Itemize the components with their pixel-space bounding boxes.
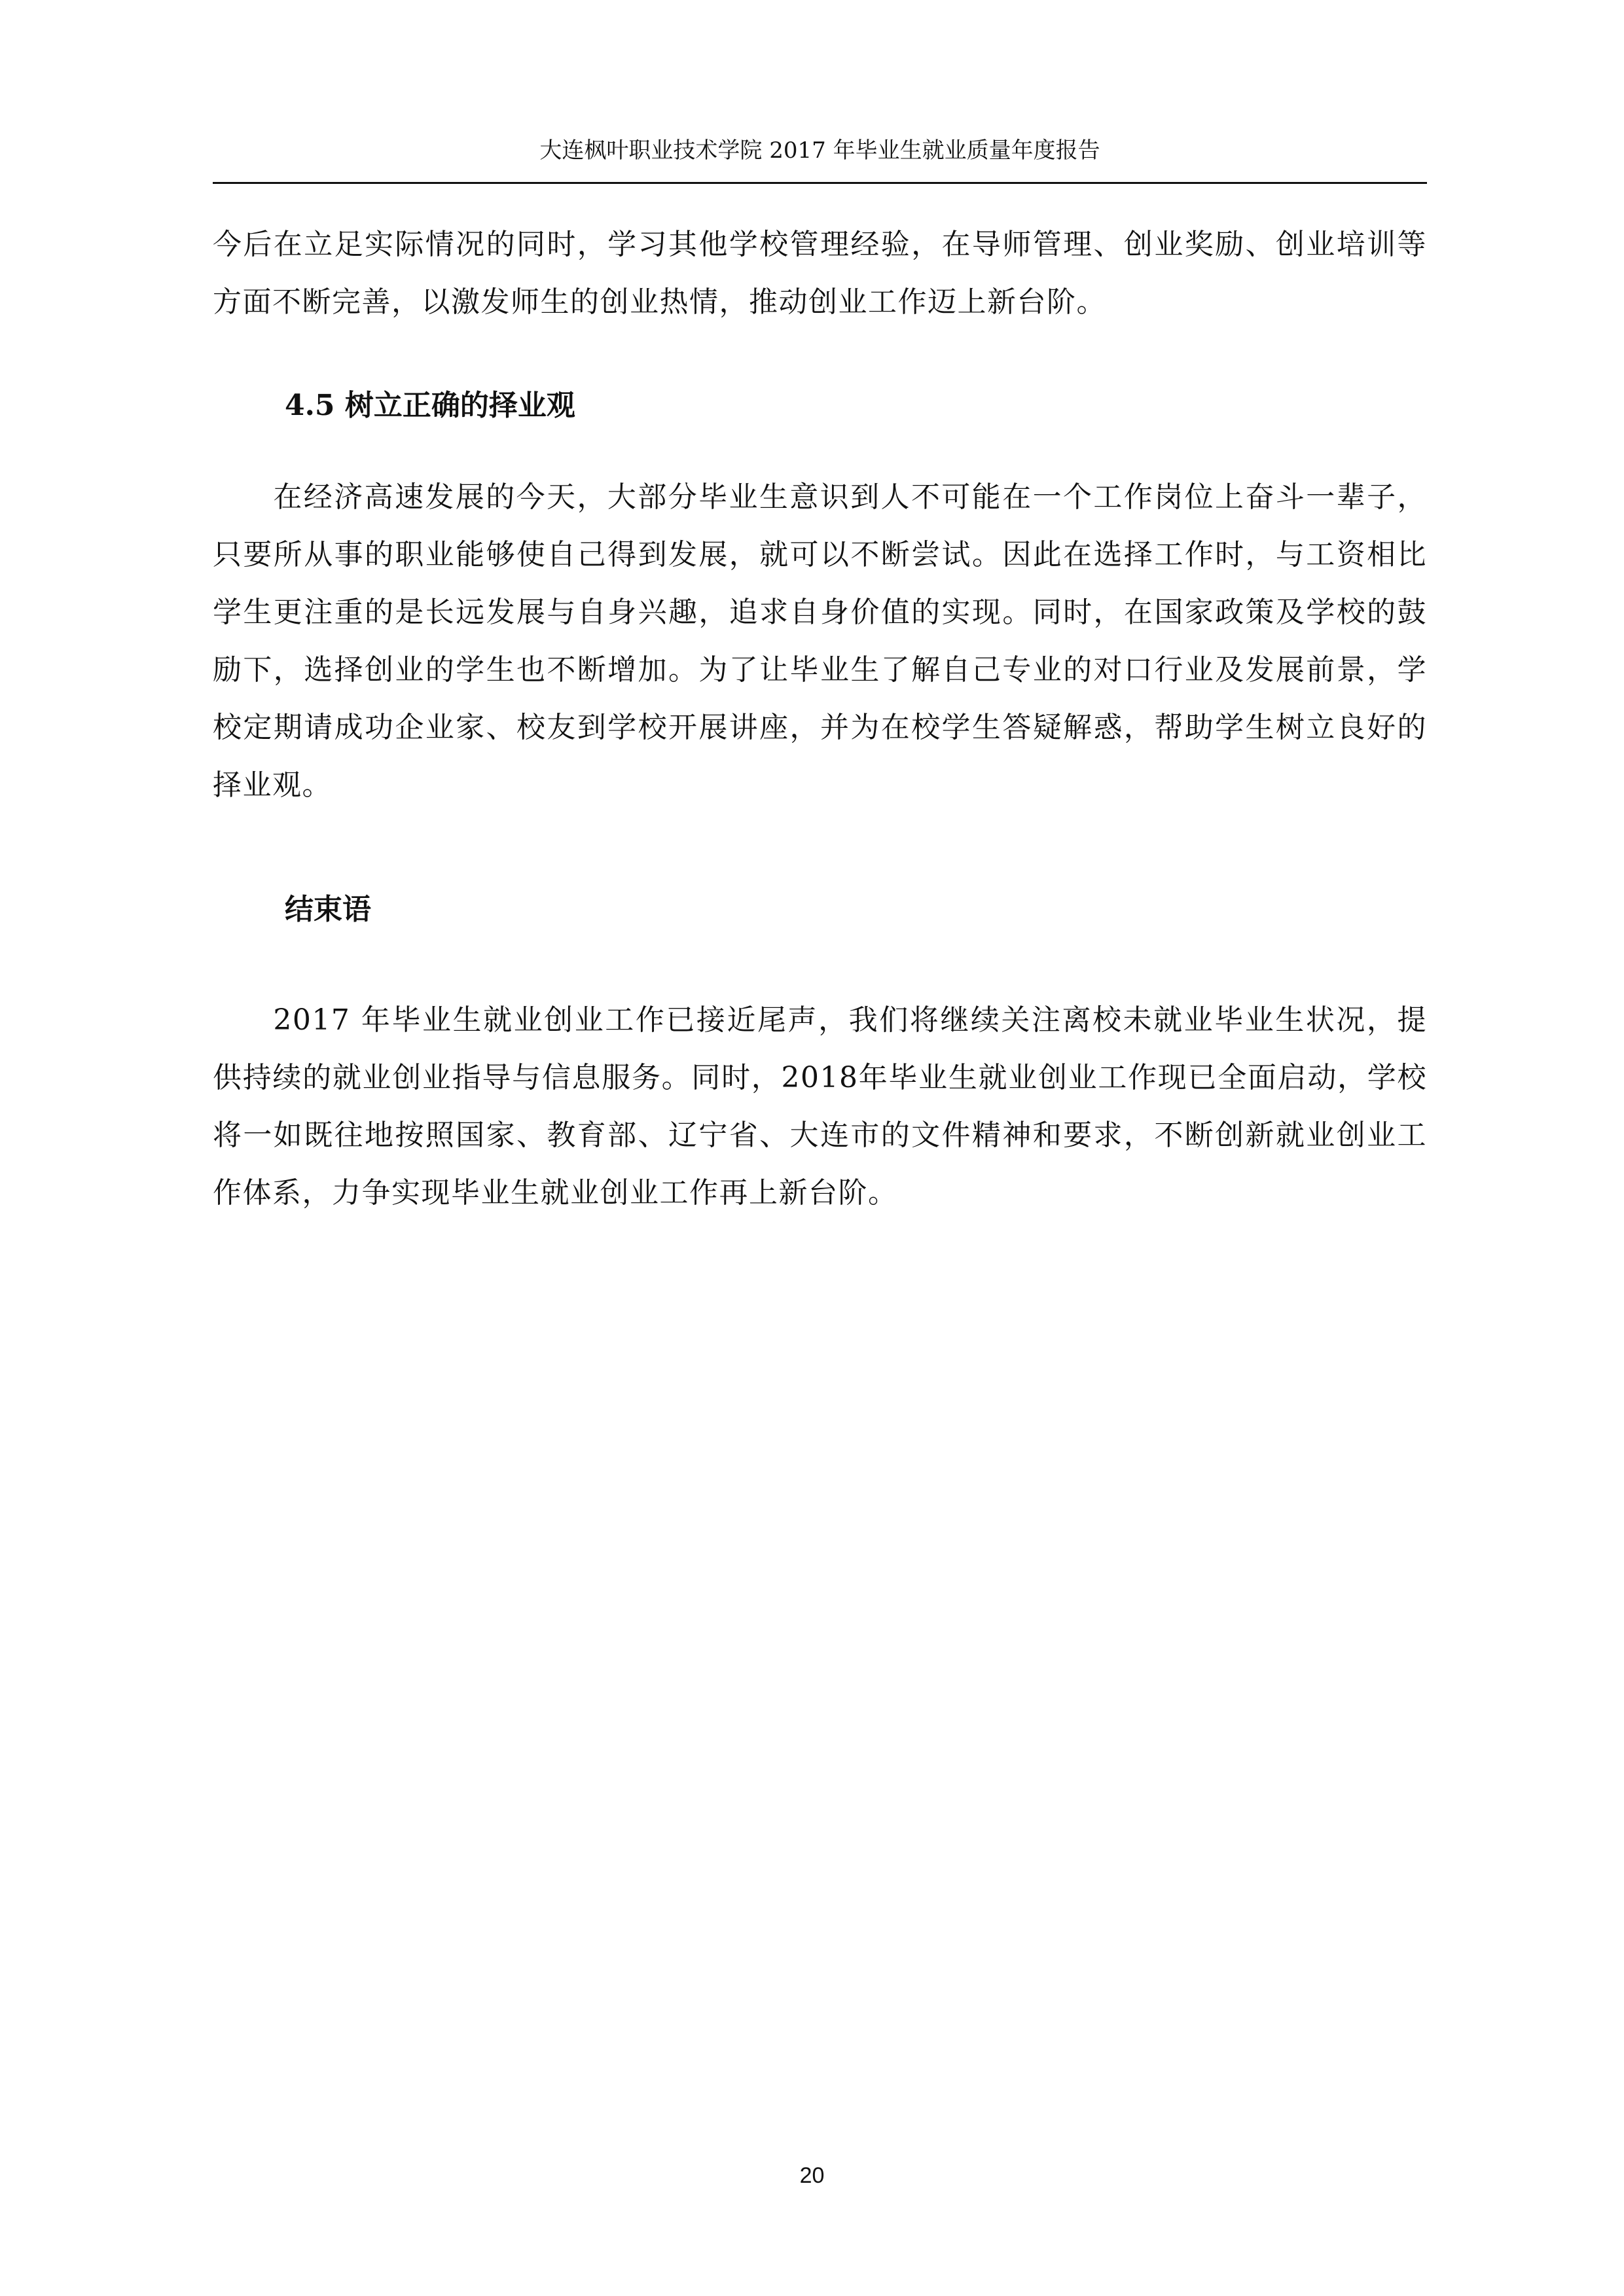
header-divider (213, 182, 1427, 184)
section-heading-conclusion: 结束语 (285, 890, 371, 929)
section-heading-4-5: 4.5 树立正确的择业观 (285, 386, 575, 425)
page-number: 20 (0, 2163, 1624, 2189)
paragraph-career-view: 在经济高速发展的今天，大部分毕业生意识到人不可能在一个工作岗位上奋斗一辈子，只要… (213, 469, 1427, 814)
paragraph-continued: 今后在立足实际情况的同时，学习其他学校管理经验，在导师管理、创业奖励、创业培训等… (213, 216, 1427, 331)
paragraph-conclusion: 2017 年毕业生就业创业工作已接近尾声，我们将继续关注离校未就业毕业生状况，提… (213, 992, 1427, 1222)
page-header-title: 大连枫叶职业技术学院 2017 年毕业生就业质量年度报告 (213, 131, 1427, 170)
